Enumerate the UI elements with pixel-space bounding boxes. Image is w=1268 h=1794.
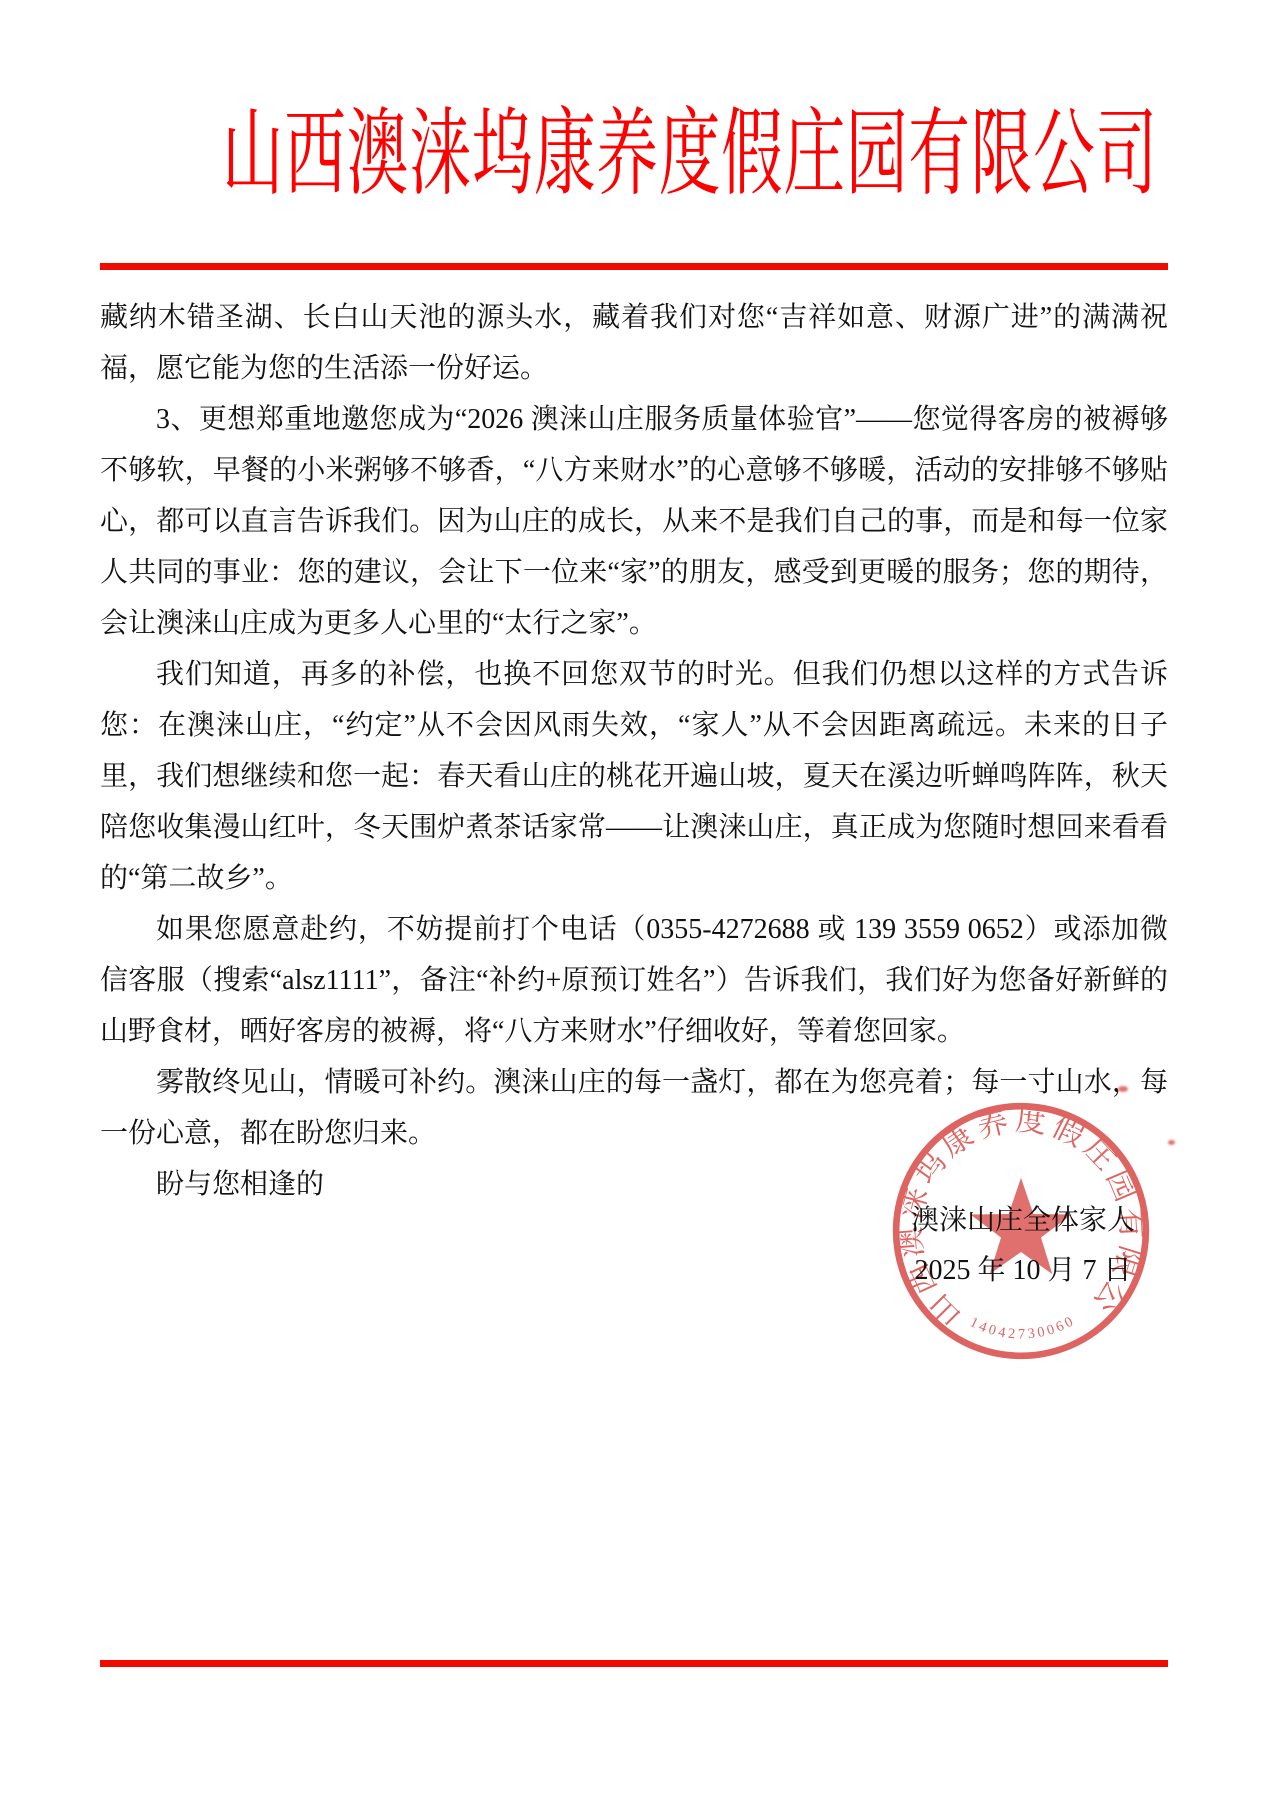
paragraph-1: 藏纳木错圣湖、长白山天池的源头水，藏着我们对您“吉祥如意、财源广进”的满满祝福，… — [100, 292, 1168, 394]
paragraph-3: 我们知道，再多的补偿，也换不回您双节的时光。但我们仍想以这样的方式告诉您：在澳涞… — [100, 649, 1168, 904]
paragraph-4: 如果您愿意赴约，不妨提前打个电话（0355-4272688 或 139 3559… — [100, 904, 1168, 1057]
date-line: 2025 年 10 月 7 日 — [863, 1245, 1183, 1296]
letterhead-divider-top — [100, 263, 1168, 270]
company-letterhead-title: 山西澳涞坞康养度假庄园有限公司 — [222, 98, 1046, 210]
seal-ink-speckle — [1118, 1086, 1128, 1092]
seal-ink-speckle — [1168, 1140, 1175, 1145]
signature-line: 澳涞山庄全体家人 — [863, 1195, 1183, 1246]
letter-body: 藏纳木错圣湖、长白山天池的源头水，藏着我们对您“吉祥如意、财源广进”的满满祝福，… — [100, 292, 1168, 1210]
paragraph-2: 3、更想郑重地邀您成为“2026 澳涞山庄服务质量体验官”——您觉得客房的被褥够… — [100, 394, 1168, 649]
footer-divider — [100, 1660, 1168, 1667]
letter-page: 山西澳涞坞康养度假庄园有限公司 藏纳木错圣湖、长白山天池的源头水，藏着我们对您“… — [0, 0, 1268, 1794]
